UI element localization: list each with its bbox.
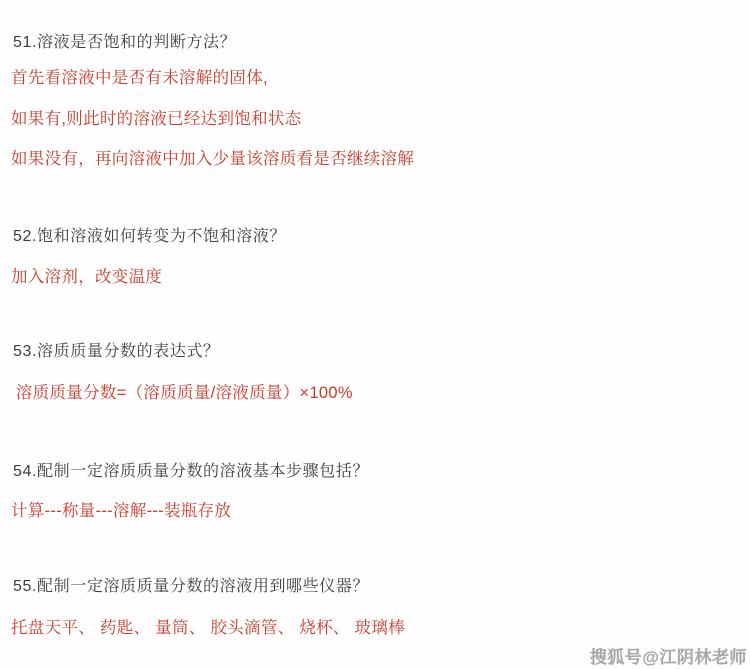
sohu-account-watermark: 搜狐号@江阴林老师 (590, 643, 747, 668)
answer-53-1: 溶质质量分数=（溶质质量/溶液质量）×100% (11, 384, 353, 403)
notes-page: 51.溶液是否饱和的判断方法？ 首先看溶液中是否有未溶解的固体, 如果有,则此时… (0, 0, 750, 669)
answer-51-1: 首先看溶液中是否有未溶解的固体, (11, 69, 268, 88)
answer-54-1: 计算---称量---溶解---装瓶存放 (11, 502, 231, 521)
document-page: { "colors": { "background": "#fefefe", "… (0, 0, 750, 669)
question-55: 55.配制一定溶质质量分数的溶液用到哪些仪器？ (13, 578, 369, 596)
answer-51-2: 如果有,则此时的溶液已经达到饱和状态 (11, 110, 301, 129)
question-54: 54.配制一定溶质质量分数的溶液基本步骤包括？ (13, 463, 369, 481)
question-52: 52.饱和溶液如何转变为不饱和溶液？ (13, 228, 286, 246)
answer-51-3: 如果没有，再向溶液中加入少量该溶质看是否继续溶解 (11, 150, 414, 169)
answer-52-1: 加入溶剂，改变温度 (11, 268, 162, 287)
answer-55-1: 托盘天平、 药匙、 量筒、 胶头滴管、 烧杯、 玻璃棒 (11, 619, 405, 638)
question-53: 53.溶质质量分数的表达式？ (13, 343, 220, 361)
question-51: 51.溶液是否饱和的判断方法？ (13, 34, 236, 52)
